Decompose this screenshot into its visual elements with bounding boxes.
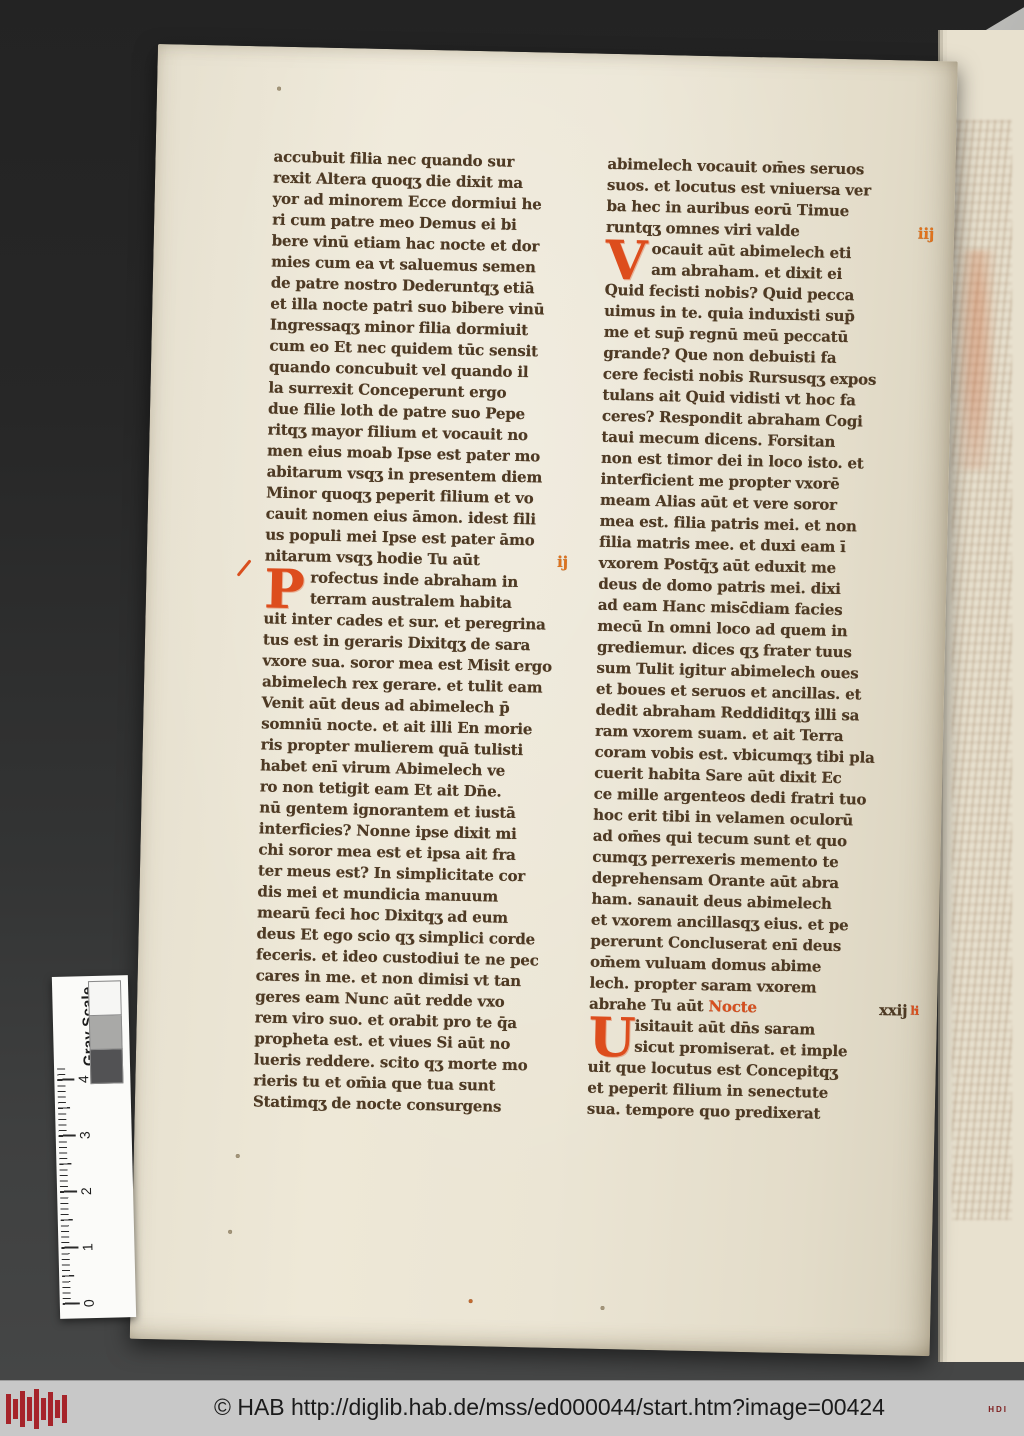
prick-hole [469,1299,473,1303]
manuscript-text: sua. tempore quo predixerat [587,1100,821,1123]
manuscript-text: yor ad minorem Ecce dormiui he [272,190,541,214]
logo-bar [13,1399,18,1419]
manuscript-text: habet enī virum Abimelech ve [260,756,505,779]
grayscale-patches [88,980,123,1083]
manuscript-text: abitarum vsqʒ in presentem diem [267,462,543,486]
manuscript-text: grediemur. dices qʒ frater tuus [597,638,852,662]
manuscript-text: cuerit habita Sare aūt dixit Ec [594,764,842,787]
manuscript-text: due filie loth de patre suo Pepe [268,399,525,423]
manuscript-text: chi soror mea est et ipsa ait fra [258,840,516,864]
logo-bar [55,1400,60,1418]
prick-hole [228,1230,232,1234]
manuscript-text: interficient me propter vxorē [600,470,839,493]
ruler-number-4: 4 [75,1070,91,1088]
manuscript-text: dis mei et mundicia manuum [257,882,498,905]
grayscale-patch [88,980,122,1016]
manuscript-text: ba hec in auribus eorū Timue [606,197,849,220]
manuscript-text: Statimqʒ de nocte consurgens [253,1092,502,1115]
text-column-left: accubuit filia nec quando surrexit Alter… [253,147,579,1119]
gray-scale-ruler: 0 1 2 3 4 Gray Scale [52,975,136,1319]
manuscript-text: cauit nomen eius āmon. idest fili [266,504,536,528]
manuscript-text: somniū nocte. et ait illi En morie [261,714,532,738]
manuscript-text: sum Tulit igitur abimelech oues [596,659,858,683]
logo-bar [62,1395,67,1423]
manuscript-text: Minor quoqʒ peperit filium et vo [266,483,534,507]
manuscript-text: om̄em vuluam domus abime [590,953,822,976]
manuscript-text: uit que locutus est Concepitqʒ [588,1058,838,1081]
manuscript-text: sicut promiserat. et imple [634,1038,847,1061]
manuscript-text: rofectus inde abraham in [310,568,518,591]
manuscript-text: vxore sua. soror mea est Misit ergo [262,651,552,675]
manuscript-text: bere vinū etiam hac nocte et dor [272,232,540,256]
manuscript-text: rexit Altera quoqʒ die dixit ma [273,169,523,192]
manuscript-text: ritqʒ mayor filium et vocauit no [267,420,528,444]
manuscript-text: et vxorem ancillasqʒ eius. et pe [591,911,849,935]
manuscript-text: runtqʒ omnes viri valde [606,218,800,240]
manuscript-text: ris propter mulierem quā tulisti [261,735,524,759]
manuscript-text: suos. et locutus est vniuersa ver [607,176,871,200]
ruler-number-0: 0 [81,1294,97,1312]
marginal-red-sign: ŀi [910,1001,919,1022]
manuscript-text: Venit aūt deus ad abimelech p̄ [261,693,509,716]
manuscript-text: ceres? Respondit abraham Cogi [602,407,863,431]
manuscript-text: mearū feci hoc Dixitqʒ ad eum [257,903,508,926]
manuscript-text: deus Et ego scio qʒ simplici corde [256,924,535,948]
manuscript-text: lueris reddere. scito qʒ morte mo [254,1050,528,1074]
manuscript-text: Ingressaqʒ minor filia dormiuit [270,316,528,340]
manuscript-text: uit inter cades et sur. et peregrina [263,609,546,633]
manuscript-text: et peperit filium in senectute [587,1079,828,1102]
chapter-numeral: iij [918,224,935,245]
manuscript-text: hoc erit tibi in velamen oculorū [593,806,853,830]
ruler-number-3: 3 [76,1126,92,1144]
drop-cap: U [588,1015,635,1058]
manuscript-page: accubuit filia nec quando surrexit Alter… [130,44,958,1356]
manuscript-text: abimelech rex gerare. et tulit eam [262,672,543,696]
manuscript-text: lech. propter saram vxorem [589,974,816,997]
ruler-ticks [57,1062,80,1304]
manuscript-text: abrahe Tu aūt [589,995,709,1016]
manuscript-text: coram vobis est. vbicumqʒ tibi pla [594,743,874,767]
prick-hole [600,1306,604,1310]
manuscript-text: non est timor dei in loco isto. et [601,449,864,473]
fore-edge-smudge [958,250,998,470]
screenshot-root: accubuit filia nec quando surrexit Alter… [0,0,1024,1436]
manuscript-text: vxorem Postq̄ʒ aūt eduxit me [599,554,837,577]
text-column-right: abimelech vocauit om̄es seruossuos. et l… [587,154,938,1127]
manuscript-text: terram australem habita [310,589,512,611]
manuscript-text: uimus in te. quia induxisti sup̄ [604,302,855,325]
hab-logo [6,1388,76,1430]
manuscript-text: abimelech vocauit om̄es seruos [607,155,864,179]
manuscript-text: tulans ait Quid vidisti vt hoc fa [602,386,856,410]
manuscript-text: cares in me. et non dimisi vt tan [256,966,522,990]
manuscript-text: deus de domo patris mei. dixi [598,575,841,598]
manuscript-text: quando concubuit vel quando il [269,358,529,382]
ruler-number-2: 2 [78,1182,94,1200]
manuscript-text: nitarum vsqʒ hodie Tu aūt [265,546,480,569]
manuscript-text: la surrexit Conceperunt ergo [268,378,506,401]
prick-hole [277,87,281,91]
photo-background: accubuit filia nec quando surrexit Alter… [0,0,1024,1381]
grayscale-patch [89,1014,123,1050]
manuscript-text: ram vxorem suam. et ait Terra [595,722,844,745]
prick-hole [236,1154,240,1158]
manuscript-text: mies cum ea vt saluemus semen [271,253,536,277]
manuscript-text: ce mille argenteos dedi fratri tuo [594,785,867,809]
manuscript-text: de patre nostro Dederuntqʒ etiā [271,274,535,298]
logo-bar [20,1391,25,1427]
manuscript-text: grande? Que non debuisti fa [603,344,836,367]
manuscript-text: cere fecisti nobis Rursusqʒ expos [603,365,877,389]
logo-bar [48,1392,53,1426]
manuscript-text: geres eam Nunc aūt redde vxo [255,987,505,1010]
manuscript-text: pererunt Concluserat enī deus [590,932,841,955]
manuscript-text: ter meus est? In simplicitate cor [258,861,526,885]
manuscript-text: feceris. et ideo custodiui te ne pec [256,945,539,969]
manuscript-text: ham. sanauit deus abimelech [591,890,832,913]
logo-bar [27,1397,32,1421]
logo-bar [6,1394,11,1424]
manuscript-text: filia matris mee. et duxi eam ī [599,533,846,556]
manuscript-text: ad om̄es qui tecum sunt et quo [593,827,847,851]
manuscript-text: me et sup̄ regnū meū peccatū [604,323,849,346]
manuscript-text: et boues et seruos et ancillas. et [596,680,862,704]
chapter-numeral: xxij [879,1000,908,1022]
manuscript-text: rem viro suo. et orabit pro te q̄a [255,1008,518,1032]
caption-bar: © HAB http://diglib.hab.de/mss/ed000044/… [0,1380,1024,1436]
grayscale-patch [90,1048,124,1084]
manuscript-text: ocauit aūt abimelech eti [651,240,851,262]
logo-bar [41,1398,46,1420]
ruler-body: 0 1 2 3 4 Gray Scale [52,975,136,1319]
manuscript-text: ri cum patre meo Demus ei bi [272,211,517,234]
manuscript-text: cumqʒ perrexeris memento te [592,848,839,871]
manuscript-text: accubuit filia nec quando sur [273,148,514,171]
manuscript-text: propheta est. et viues Si aūt no [254,1029,510,1053]
manuscript-text: cum eo Et nec quidem tūc sensit [269,337,538,361]
manuscript-text: isitauit aūt dn̄s saram [635,1017,816,1039]
manuscript-text: Quid fecisti nobis? Quid pecca [605,281,855,304]
manuscript-text: taui mecum dicens. Forsitan [601,428,835,451]
chapter-numeral: ij [557,552,568,573]
manuscript-text: interficies? Nonne ipse dixit mi [259,819,517,843]
drop-cap: P [264,566,311,609]
ruler-number-1: 1 [79,1238,95,1256]
manuscript-text: mea est. filia patris mei. et non [600,512,857,536]
corner-watermark: HDI [988,1405,1008,1414]
manuscript-text: tus est in geraris Dixitqʒ de sara [263,630,530,654]
rubricated-word: Nocte [708,997,757,1016]
manuscript-text: nū gentem ignorantem et iustā [259,798,516,822]
copyright-url-text: © HAB http://diglib.hab.de/mss/ed000044/… [214,1394,885,1421]
logo-bar [34,1389,39,1429]
manuscript-text: dedit abraham Reddiditqʒ illi sa [595,701,859,725]
manuscript-text: am abraham. et dixit ei [651,261,842,283]
manuscript-text: meam Alias aūt et vere soror [600,491,837,514]
manuscript-text: et illa nocte patri suo bibere vinū [270,295,544,319]
manuscript-text: ad eam Hanc misc̄diam facies [598,596,843,619]
manuscript-text: deprehensam Orante aūt abra [592,869,839,892]
manuscript-text: men eius moab Ipse est pater mo [267,441,540,465]
manuscript-text: mecū In omni loco ad quem in [597,617,847,640]
marginal-red-mark [237,559,252,576]
manuscript-text: us populi mei Ipse est pater āmo [265,525,535,549]
drop-cap: V [605,238,652,281]
manuscript-text: rieris tu et om̄ia que tua sunt [253,1071,495,1094]
manuscript-text: ro non tetigit eam Et ait Dn̄e. [260,777,502,800]
